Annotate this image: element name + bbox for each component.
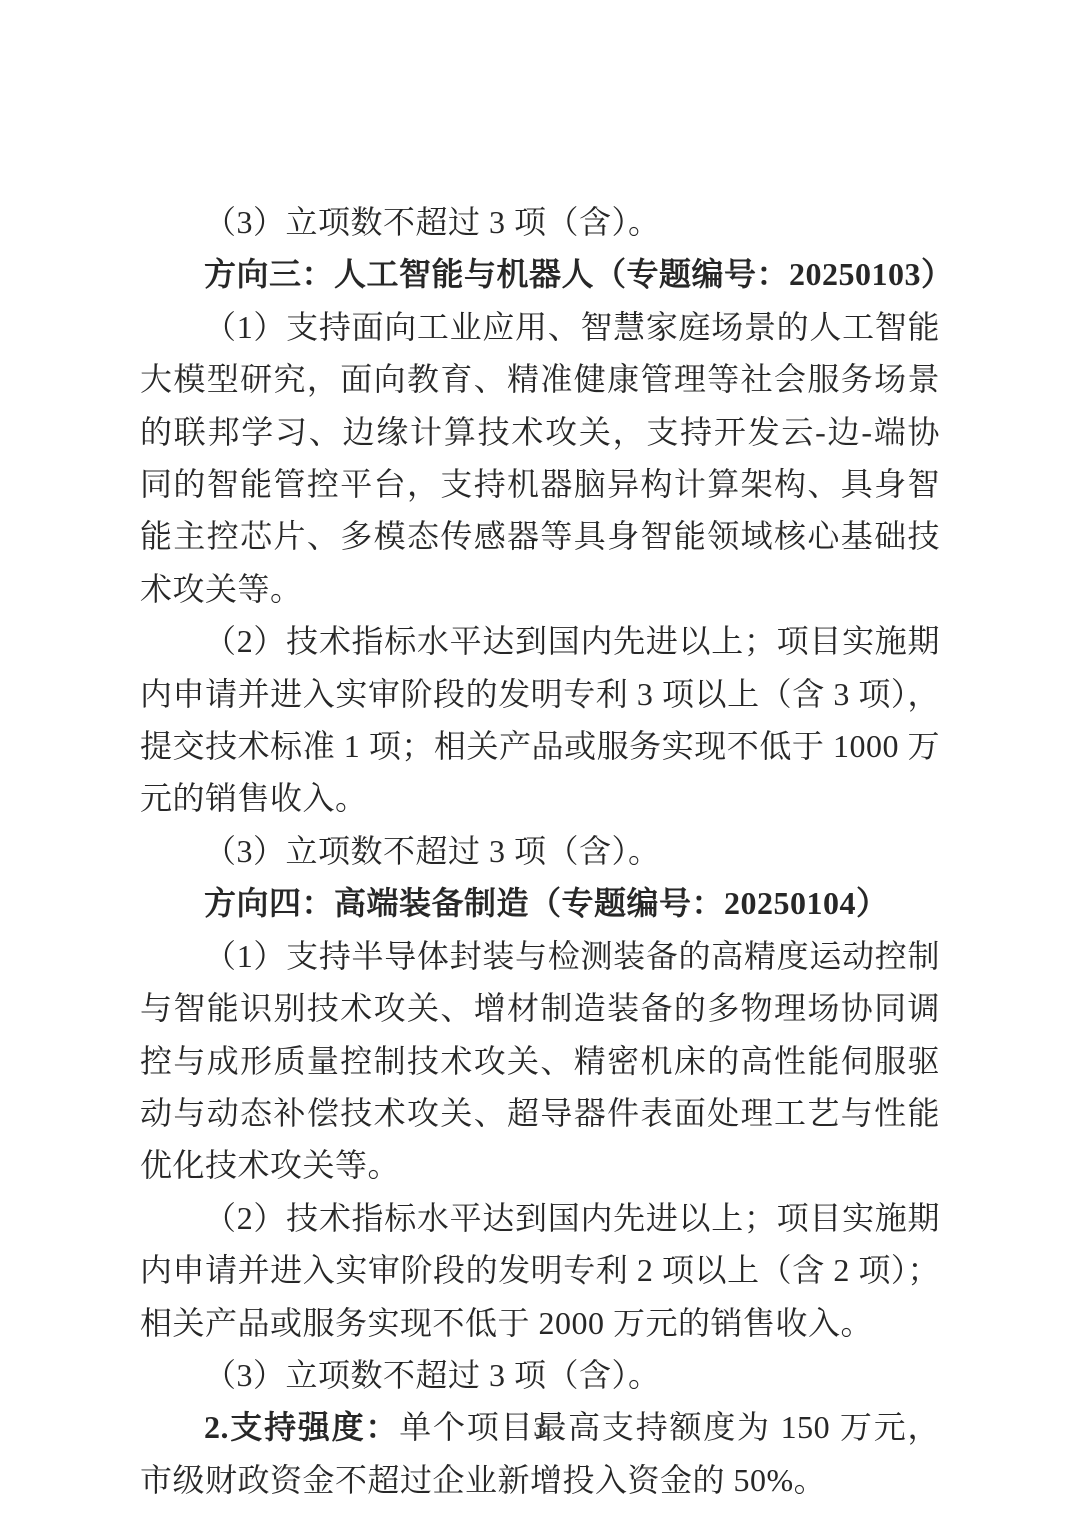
paragraph-item-count-direction2: （3）立项数不超过 3 项（含）。 <box>140 196 940 248</box>
page-number: 3 <box>0 1412 1080 1443</box>
section-heading-direction-4: 方向四：高端装备制造（专题编号：20250104） <box>140 877 940 929</box>
paragraph-direction3-scope: （1）支持面向工业应用、智慧家庭场景的人工智能大模型研究，面向教育、精准健康管理… <box>140 301 940 615</box>
paragraph-direction4-scope: （1）支持半导体封装与检测装备的高精度运动控制与智能识别技术攻关、增材制造装备的… <box>140 930 940 1192</box>
paragraph-direction3-item-count: （3）立项数不超过 3 项（含）。 <box>140 825 940 877</box>
document-body: （3）立项数不超过 3 项（含）。 方向三：人工智能与机器人（专题编号：2025… <box>140 196 940 1506</box>
paragraph-direction3-metrics: （2）技术指标水平达到国内先进以上；项目实施期内申请并进入实审阶段的发明专利 3… <box>140 615 940 825</box>
document-page: （3）立项数不超过 3 项（含）。 方向三：人工智能与机器人（专题编号：2025… <box>0 0 1080 1527</box>
paragraph-direction4-item-count: （3）立项数不超过 3 项（含）。 <box>140 1349 940 1401</box>
section-heading-direction-3: 方向三：人工智能与机器人（专题编号：20250103） <box>140 248 940 300</box>
paragraph-direction4-metrics: （2）技术指标水平达到国内先进以上；项目实施期内申请并进入实审阶段的发明专利 2… <box>140 1192 940 1349</box>
